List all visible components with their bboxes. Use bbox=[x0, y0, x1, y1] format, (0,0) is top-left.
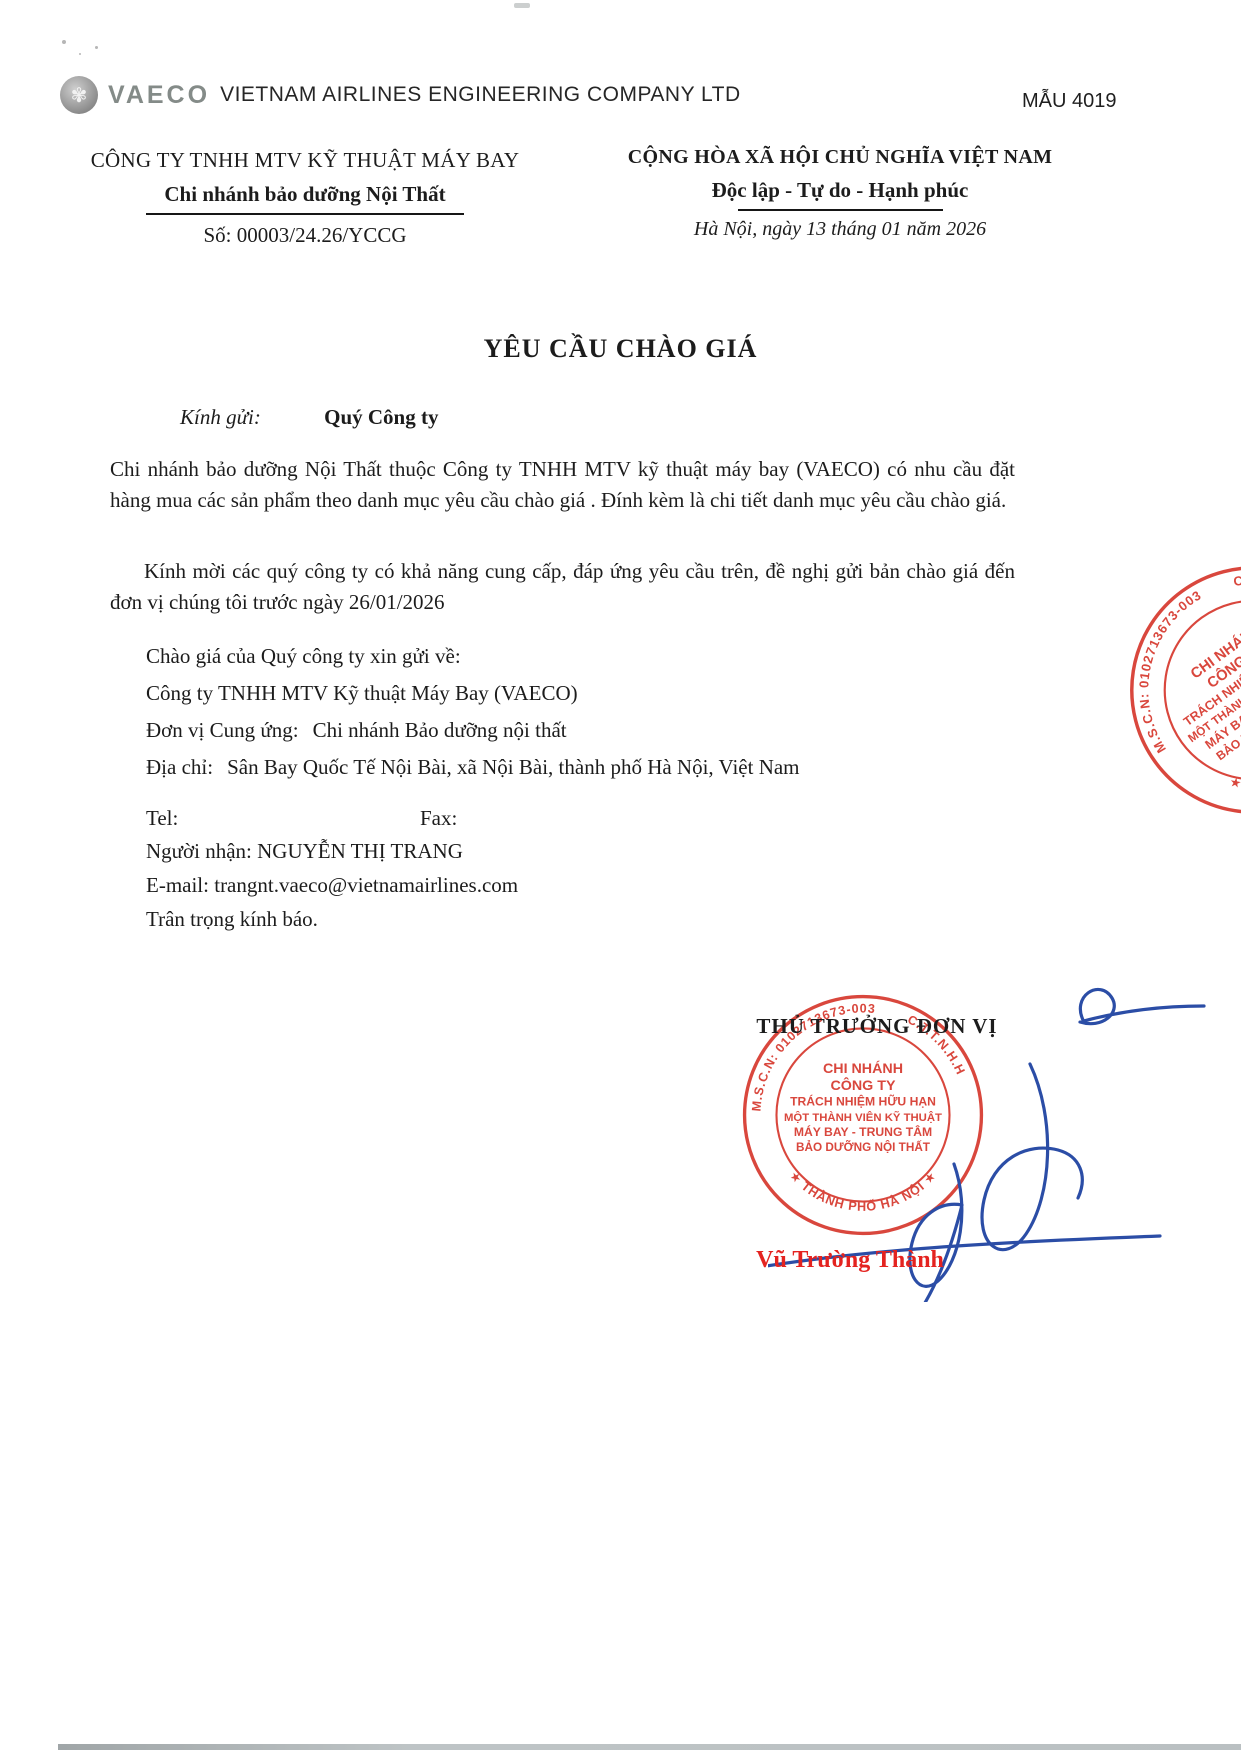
brand-name: VAECO bbox=[108, 81, 210, 110]
supply-unit-value: Chi nhánh Bảo dưỡng nội thất bbox=[313, 718, 567, 742]
salutation-recipient: Quý Công ty bbox=[324, 405, 438, 429]
salutation-label: Kính gửi: bbox=[180, 405, 261, 429]
closing-line: Trân trọng kính báo. bbox=[146, 907, 318, 932]
company-name-english: VIETNAM AIRLINES ENGINEERING COMPANY LTD bbox=[220, 83, 741, 107]
header-right-rule bbox=[738, 209, 943, 211]
document-title: YÊU CẦU CHÀO GIÁ bbox=[0, 334, 1241, 364]
paragraph-invitation: Kính mời các quý công ty có khả năng cun… bbox=[110, 556, 1015, 618]
scan-speck bbox=[62, 40, 66, 44]
vaeco-lotus-logo-icon: ✾ bbox=[60, 76, 98, 114]
header-right-column: CỘNG HÒA XÃ HỘI CHỦ NGHĨA VIỆT NAM Độc l… bbox=[625, 146, 1055, 241]
dateline: Hà Nội, ngày 13 tháng 01 năm 2026 bbox=[625, 218, 1055, 241]
seal-center-line: MÁY BAY - TRUNG TÂM bbox=[794, 1124, 932, 1139]
header-left-rule bbox=[146, 213, 464, 215]
seal-bottom-arc-text: ★ THÀNH PHỐ HÀ NỘI ★ bbox=[787, 1168, 940, 1213]
recipient-line: Người nhận: NGUYỄN THỊ TRANG bbox=[146, 839, 463, 864]
tel-fax-line: Tel: Fax: bbox=[146, 806, 746, 831]
tel-label: Tel: bbox=[146, 806, 178, 830]
signature-title: THỦ TRƯỞNG ĐƠN VỊ bbox=[697, 1014, 1057, 1039]
scan-speck bbox=[95, 46, 98, 49]
fax-label: Fax: bbox=[420, 806, 457, 831]
national-motto: Độc lập - Tự do - Hạnh phúc bbox=[625, 178, 1055, 203]
seal-center-line: MỘT THÀNH VIÊN KỸ THUẬT bbox=[784, 1111, 942, 1124]
seal-center-line: TRÁCH NHIỆM HỮU HẠN bbox=[790, 1094, 936, 1109]
send-to-intro: Chào giá của Quý công ty xin gửi về: bbox=[146, 644, 461, 669]
national-title: CỘNG HÒA XÃ HỘI CHỦ NGHĨA VIỆT NAM bbox=[625, 146, 1055, 169]
send-to-company: Công ty TNHH MTV Kỹ thuật Máy Bay (VAECO… bbox=[146, 681, 578, 706]
address-line: Địa chỉ:Sân Bay Quốc Tế Nội Bài, xã Nội … bbox=[146, 755, 800, 780]
salutation: Kính gửi: Quý Công ty bbox=[180, 405, 438, 430]
letterhead: ✾ VAECO VIETNAM AIRLINES ENGINEERING COM… bbox=[60, 76, 741, 114]
address-label: Địa chỉ: bbox=[146, 755, 213, 779]
document-page: ✾ VAECO VIETNAM AIRLINES ENGINEERING COM… bbox=[0, 0, 1241, 1754]
scan-speck bbox=[79, 53, 81, 55]
address-value: Sân Bay Quốc Tế Nội Bài, xã Nội Bài, thà… bbox=[227, 755, 799, 779]
header-left-column: CÔNG TY TNHH MTV KỸ THUẬT MÁY BAY Chi nh… bbox=[85, 148, 525, 248]
reference-number: Số: 00003/24.26/YCCG bbox=[85, 223, 525, 248]
paragraph-intro: Chi nhánh bảo dưỡng Nội Thất thuộc Công … bbox=[110, 454, 1015, 516]
scan-mark bbox=[514, 3, 530, 8]
seal-center-line: CHI NHÁNH bbox=[823, 1060, 903, 1077]
signer-name: Vũ Trường Thành bbox=[735, 1247, 965, 1274]
company-seal-side: M.S.C.N: 0102713673-003 C.T.T.N.H.H ★ TH… bbox=[1072, 508, 1241, 871]
seal-center-line: BẢO DƯỠNG NỘI THẤT bbox=[796, 1141, 931, 1154]
branch-name: Chi nhánh bảo dưỡng Nội Thất bbox=[85, 182, 525, 207]
supply-unit-label: Đơn vị Cung ứng: bbox=[146, 718, 299, 742]
svg-text:★ THÀNH PHỐ HÀ NỘI ★: ★ THÀNH PHỐ HÀ NỘI ★ bbox=[787, 1168, 940, 1213]
seal-center-line: CÔNG TY bbox=[831, 1076, 896, 1094]
email-line: E-mail: trangnt.vaeco@vietnamairlines.co… bbox=[146, 873, 518, 898]
company-name-vietnamese: CÔNG TY TNHH MTV KỸ THUẬT MÁY BAY bbox=[85, 148, 525, 173]
svg-text:C.T.T.N.H.H: C.T.T.N.H.H bbox=[1227, 540, 1241, 633]
seal-ring-right-text: C.T.T.N.H.H bbox=[1227, 540, 1241, 633]
supply-unit-line: Đơn vị Cung ứng:Chi nhánh Bảo dưỡng nội … bbox=[146, 718, 567, 743]
scan-edge-artifact bbox=[58, 1744, 1241, 1750]
form-code: MẪU 4019 bbox=[1022, 90, 1117, 113]
